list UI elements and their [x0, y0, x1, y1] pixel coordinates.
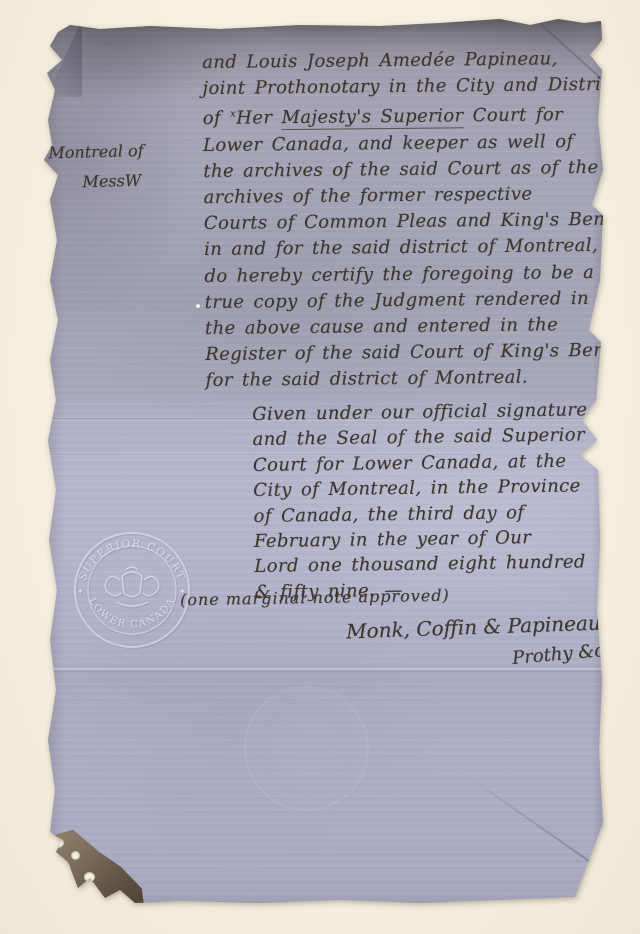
worm-hole	[65, 864, 70, 869]
paper-speck	[196, 304, 200, 308]
seal-bottom-text: LOWER CANADA	[86, 596, 177, 631]
scanned-document-page: SUPERIOR COURT LOWER CANADA ✦ ✦	[0, 0, 640, 934]
body-line: true copy of the Judgment rendered in	[205, 285, 629, 316]
body-line: for the said district of Montreal.	[205, 364, 629, 395]
worm-hole	[71, 851, 80, 860]
worm-hole	[52, 838, 64, 848]
body-line: of xHer Majesty's Superior Court for	[203, 98, 627, 133]
margin-note-line1: x Montreal of	[37, 133, 144, 169]
closing-line: City of Montreal, in the Province	[253, 474, 589, 504]
embossed-seal: SUPERIOR COURT LOWER CANADA ✦ ✦	[66, 524, 198, 656]
body-line: in and for the said district of Montreal…	[204, 233, 628, 264]
body-line: Register of the said Court of King's Ben…	[205, 338, 629, 369]
margin-note-line2: MessW	[82, 166, 145, 198]
worm-hole	[84, 872, 95, 882]
royal-arms-icon	[105, 567, 159, 606]
closing-text-block: Given under our official signature and t…	[252, 397, 590, 605]
seal-side-star-icon: ✦	[77, 587, 85, 596]
paper-sheet: SUPERIOR COURT LOWER CANADA ✦ ✦	[44, 18, 606, 908]
underlined-text: Majesty's Superior	[281, 106, 463, 131]
seal-top-text: SUPERIOR COURT	[77, 538, 188, 583]
ghost-seal-impression	[244, 686, 369, 811]
body-line: the archives of the said Court as of the	[203, 154, 627, 185]
crease-line	[44, 668, 606, 672]
closing-line: Lord one thousand eight hundred	[254, 550, 590, 580]
paper-sheet-wrap: SUPERIOR COURT LOWER CANADA ✦ ✦	[44, 18, 606, 908]
body-text-block: and Louis Joseph Amedée Papineau, joint …	[202, 46, 629, 395]
margin-rule-showthrough	[44, 100, 46, 226]
insertion-caret: x	[37, 144, 43, 155]
margin-note: x Montreal of MessW	[37, 133, 145, 199]
